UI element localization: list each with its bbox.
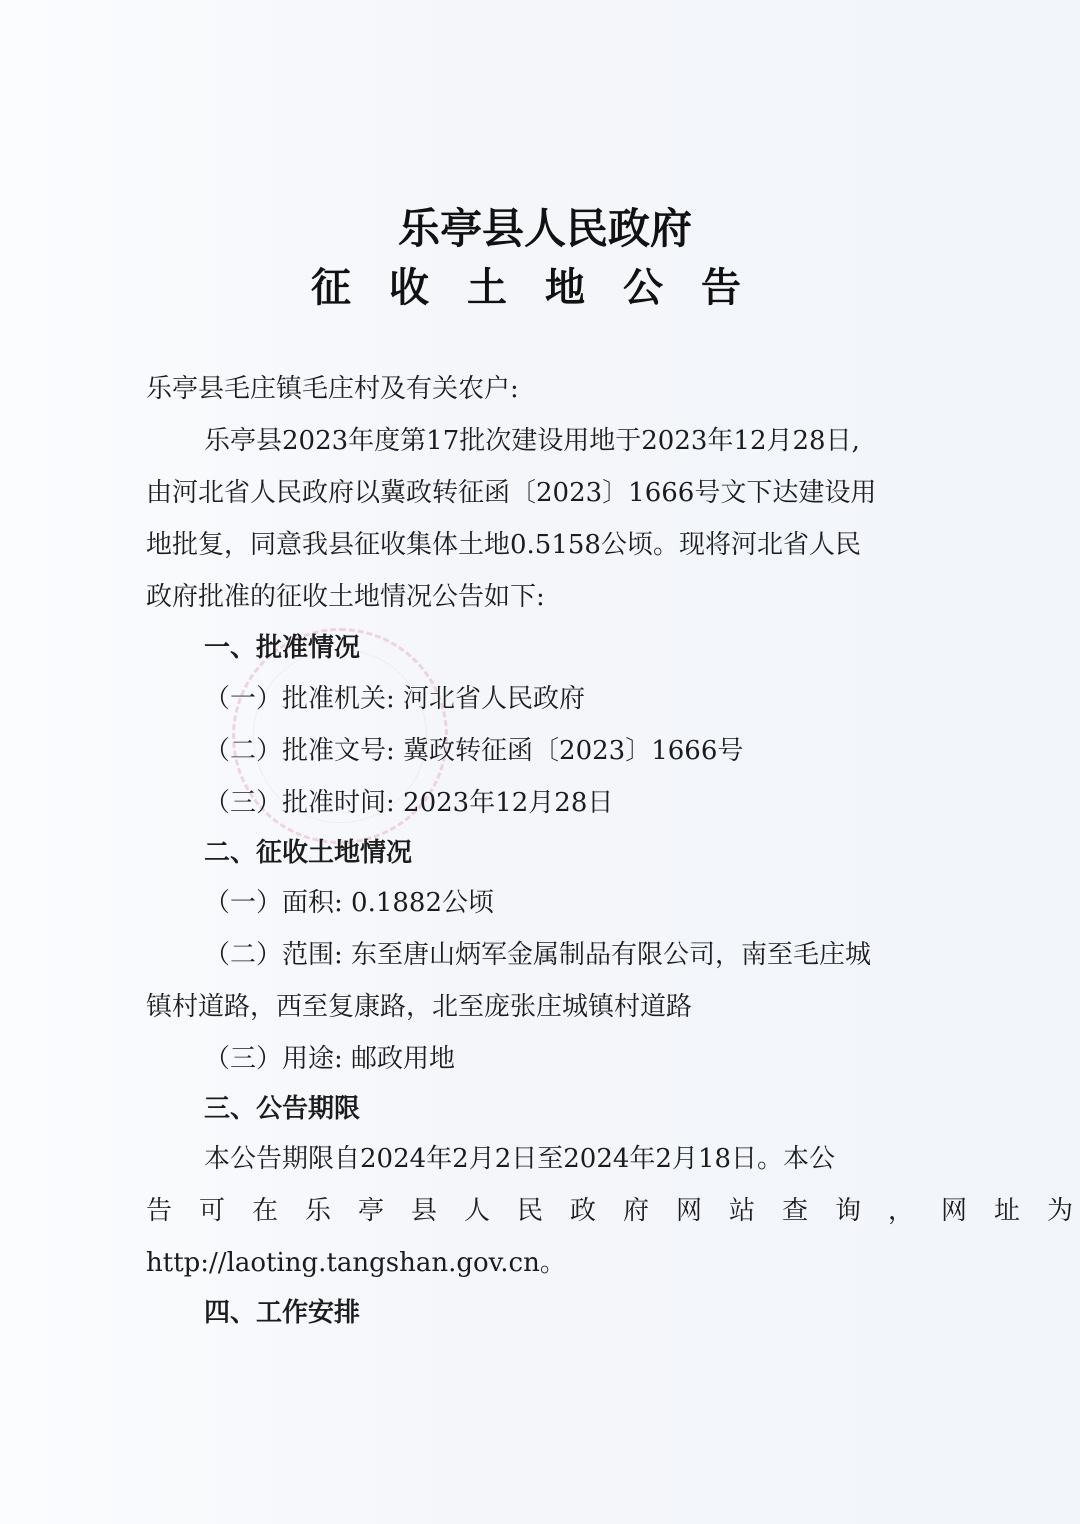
issuer-title: 乐亭县人民政府 bbox=[0, 196, 1080, 256]
section-3-heading: 三、公告期限 bbox=[204, 1092, 1004, 1126]
section-1-item-2: （二）批准文号: 冀政转征函〔2023〕1666号 bbox=[204, 734, 1004, 768]
section-1-item-3: （三）批准时间: 2023年12月28日 bbox=[204, 786, 1004, 820]
section-3-line-2: 告可在乐亭县人民政府网站查询，网址为 bbox=[146, 1194, 946, 1228]
section-1-item-1: （一）批准机关: 河北省人民政府 bbox=[204, 682, 1004, 716]
section-2-item-2-cont: 镇村道路，西至复康路，北至庞张庄城镇村道路 bbox=[146, 990, 946, 1024]
section-2-item-3: （三）用途: 邮政用地 bbox=[204, 1042, 1004, 1076]
intro-line-3: 地批复，同意我县征收集体土地0.5158公顷。现将河北省人民 bbox=[146, 528, 946, 562]
section-2-item-1: （一）面积: 0.1882公顷 bbox=[204, 886, 1004, 920]
intro-line-2: 由河北省人民政府以冀政转征函〔2023〕1666号文下达建设用 bbox=[146, 476, 946, 510]
intro-line-1: 乐亭县2023年度第17批次建设用地于2023年12月28日, bbox=[204, 424, 1004, 458]
section-3-line-1: 本公告期限自2024年2月2日至2024年2月18日。本公 bbox=[204, 1142, 1004, 1176]
website-url: http://laoting.tangshan.gov.cn。 bbox=[146, 1246, 946, 1280]
section-1-heading: 一、批准情况 bbox=[204, 631, 1004, 665]
notice-title: 征收土地公告 bbox=[0, 256, 1080, 313]
section-4-heading: 四、工作安排 bbox=[204, 1296, 1004, 1330]
section-2-item-2: （二）范围: 东至唐山炳军金属制品有限公司，南至毛庄城 bbox=[204, 938, 1004, 972]
section-2-heading: 二、征收土地情况 bbox=[204, 836, 1004, 870]
document-page: 乐亭县人民政府 征收土地公告 乐亭县毛庄镇毛庄村及有关农户: 乐亭县2023年度… bbox=[0, 0, 1080, 1524]
addressee: 乐亭县毛庄镇毛庄村及有关农户: bbox=[146, 372, 946, 406]
intro-line-4: 政府批准的征收土地情况公告如下: bbox=[146, 580, 946, 614]
